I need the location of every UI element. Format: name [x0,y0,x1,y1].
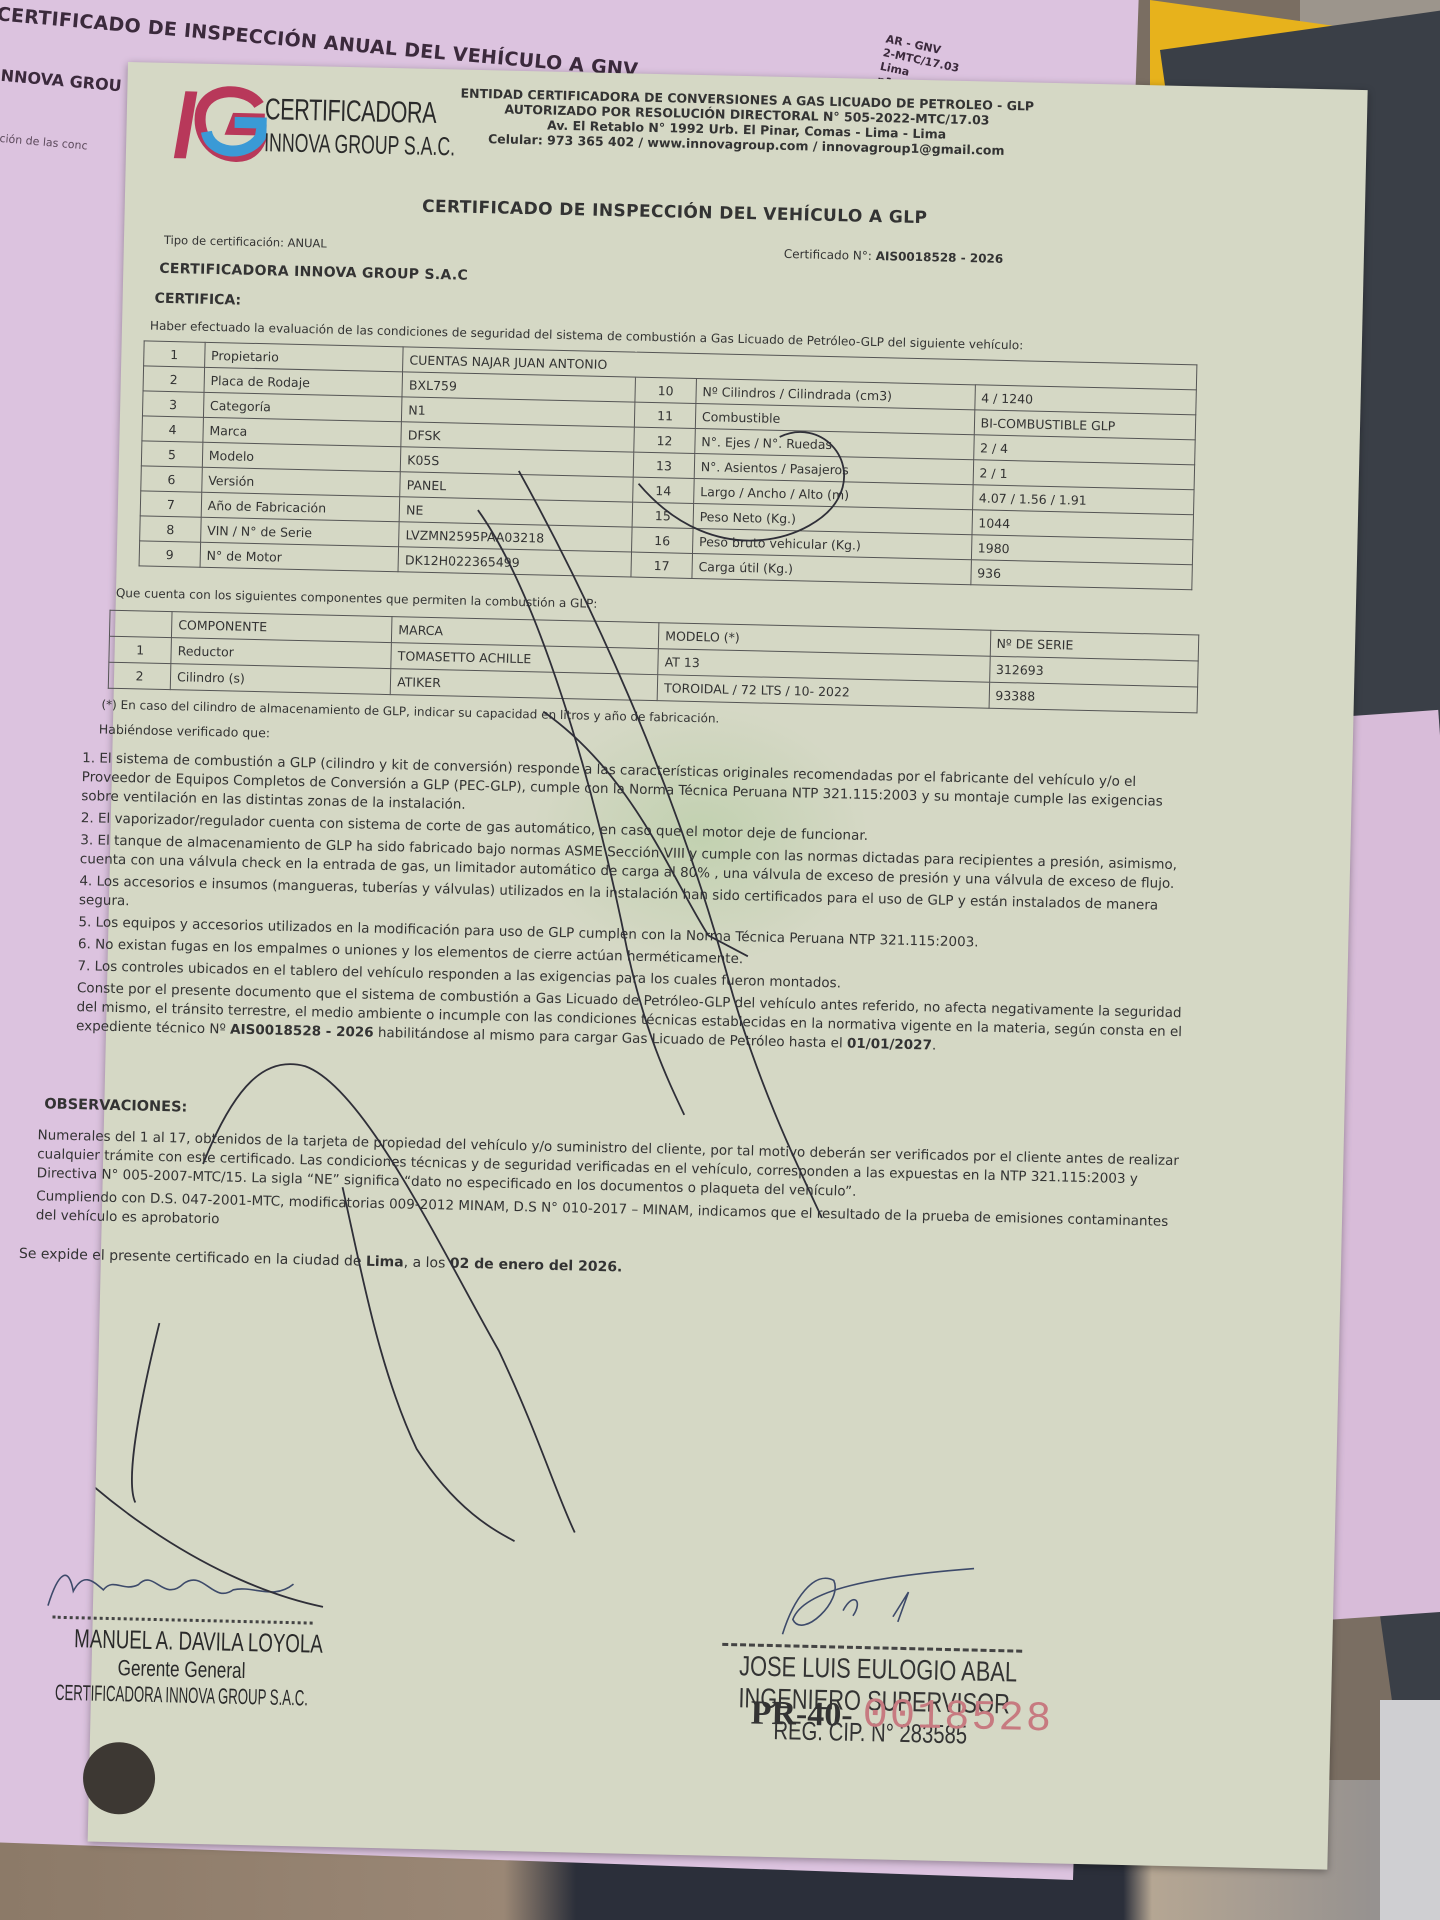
verification-list: 1. El sistema de combustión a GLP (cilin… [76,749,1192,1064]
verification-title: Habiéndose verificado que: [99,722,271,741]
vehicle-data-table: 1 Propietario CUENTAS NAJAR JUAN ANTONIO… [139,340,1198,590]
cylinder-note: (*) En caso del cilindro de almacenamien… [101,698,719,726]
table-cell: 11 [634,402,695,428]
table-cell: DK12H022365499 [398,547,631,577]
table-cell: N° de Motor [200,542,399,571]
company-logo: CERTIFICADORA INNOVA GROUP S.A.C. [166,83,468,170]
table-cell: 93388 [989,682,1198,713]
certificate-title: CERTIFICADO DE INSPECCIÓN DEL VEHÍCULO A… [125,190,1225,235]
table-cell: 4 [142,416,203,442]
table-cell: 3 [142,391,203,417]
manager-name: MANUEL A. DAVILA LOYOLA [74,1623,291,1659]
certifica-heading: CERTIFICA: [154,291,241,309]
form-serial-number: PR-40-0018528 [750,1689,1053,1744]
components-intro: Que cuenta con los siguientes componente… [116,586,598,611]
table-cell: 10 [635,377,696,403]
manager-org: CERTIFICADORA INNOVA GROUP S.A.C. [55,1680,308,1712]
ig-logo-icon [166,83,268,165]
table-cell: 2 [108,662,171,689]
issuance-statement: Se expide el presente certificado en la … [19,1246,623,1276]
table-cell: Carga útil (Kg.) [692,553,971,584]
table-cell: ATIKER [390,669,657,701]
entity-header: ENTIDAD CERTIFICADORA DE CONVERSIONES A … [456,85,1037,158]
logo-line-2: INNOVA GROUP S.A.C. [264,127,456,162]
handwritten-signature-icon [43,1560,324,1616]
table-cell: 2 [143,366,204,392]
table-cell: 13 [633,452,694,478]
certifier-company: CERTIFICADORA INNOVA GROUP S.A.C [159,261,468,284]
table-cell: 17 [631,552,692,578]
punch-hole [82,1741,156,1815]
logo-line-1: CERTIFICADORA [265,93,437,131]
observations-text: Numerales del 1 al 17, obtenidos de la t… [35,1126,1187,1255]
column-header [109,610,172,637]
table-cell: 6 [141,466,202,492]
table-cell: 936 [970,560,1192,590]
table-cell: 14 [633,477,694,503]
table-cell: 1 [109,636,172,663]
table-cell: 9 [139,541,200,567]
gnv-text-fragment: ación de las conc [0,131,88,152]
components-table: COMPONENTEMARCAMODELO (*)Nº DE SERIE1Red… [108,610,1200,714]
table-cell: 5 [141,441,202,467]
glp-certificate: CERTIFICADORA INNOVA GROUP S.A.C. ENTIDA… [88,62,1368,1870]
gnv-company-fragment: INNOVA GROU [0,65,122,95]
table-cell: 15 [632,502,693,528]
table-cell: 8 [140,516,201,542]
observations-title: OBSERVACIONES: [44,1096,187,1115]
table-cell: 16 [632,527,693,553]
table-cell: 12 [634,427,695,453]
table-cell: Cilindro (s) [170,664,391,695]
certificate-number: Certificado N°: AIS0018528 - 2026 [784,247,1004,266]
certification-type: Tipo de certificación: ANUAL [164,233,327,251]
signature-block-manager: MANUEL A. DAVILA LOYOLA Gerente General … [31,1560,334,1712]
table-cell: 7 [140,491,201,517]
handwritten-signature-icon [722,1558,1024,1645]
keyboard [1380,1700,1440,1920]
